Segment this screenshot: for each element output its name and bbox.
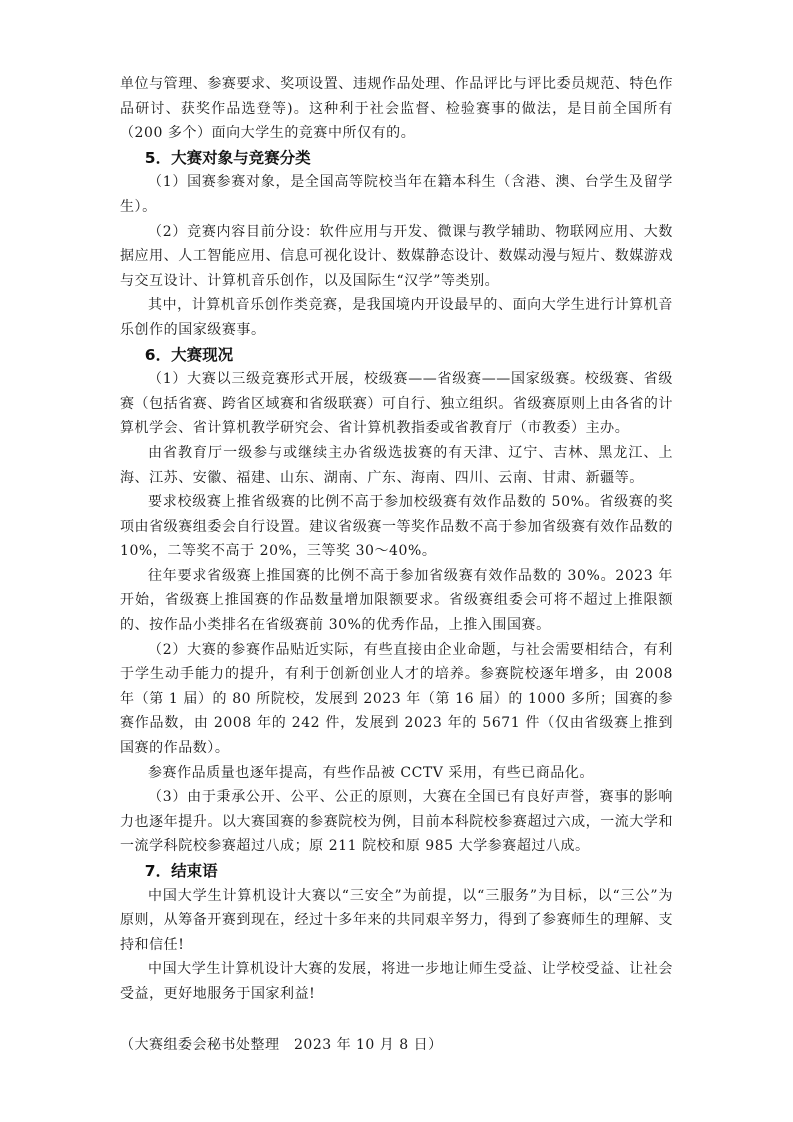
section-6-paragraph-2: 由省教育厅一级参与或继续主办省级选拔赛的有天津、辽宁、吉林、黑龙江、上海、江苏、… [120, 441, 673, 490]
section-7-paragraph-1: 中国大学生计算机设计大赛以“三安全”为前提，以“三服务”为目标，以“三公”为原则… [120, 884, 673, 958]
section-5-paragraph-3: 其中，计算机音乐创作类竞赛，是我国境内开设最早的、面向大学生进行计算机音乐创作的… [120, 293, 673, 342]
intro-paragraph: 单位与管理、参赛要求、奖项设置、违规作品处理、作品评比与评比委员规范、特色作品研… [120, 72, 673, 146]
section-6-heading: 6．大赛现况 [120, 343, 673, 368]
section-6-paragraph-3: 要求校级赛上推省级赛的比例不高于参加校级赛有效作品数的 50%。省级赛的奖项由省… [120, 490, 673, 564]
section-6-paragraph-6: 参赛作品质量也逐年提高，有些作品被 CCTV 采用，有些已商品化。 [120, 761, 673, 786]
section-5-heading: 5．大赛对象与竞赛分类 [120, 146, 673, 171]
section-7-paragraph-2: 中国大学生计算机设计大赛的发展，将进一步地让师生受益、让学校受益、让社会受益，更… [120, 957, 673, 1006]
section-7-heading: 7．结束语 [120, 859, 673, 884]
section-5-paragraph-2: （2）竞赛内容目前分设：软件应用与开发、微课与教学辅助、物联网应用、大数据应用、… [120, 220, 673, 294]
section-6-paragraph-5: （2）大赛的参赛作品贴近实际，有些直接由企业命题，与社会需要相结合，有利于学生动… [120, 638, 673, 761]
section-5-paragraph-1: （1）国赛参赛对象，是全国高等院校当年在籍本科生（含港、澳、台学生及留学生）。 [120, 170, 673, 219]
section-6-paragraph-4: 往年要求省级赛上推国赛的比例不高于参加省级赛有效作品数的 30%。2023 年开… [120, 564, 673, 638]
document-page: 单位与管理、参赛要求、奖项设置、违规作品处理、作品评比与评比委员规范、特色作品研… [120, 72, 673, 1057]
signature-line: （大赛组委会秘书处整理 2023 年 10 月 8 日） [120, 1033, 673, 1058]
section-6-paragraph-7: （3）由于秉承公开、公平、公正的原则，大赛在全国已有良好声誉，赛事的影响力也逐年… [120, 785, 673, 859]
section-6-paragraph-1: （1）大赛以三级竞赛形式开展，校级赛——省级赛——国家级赛。校级赛、省级赛（包括… [120, 367, 673, 441]
